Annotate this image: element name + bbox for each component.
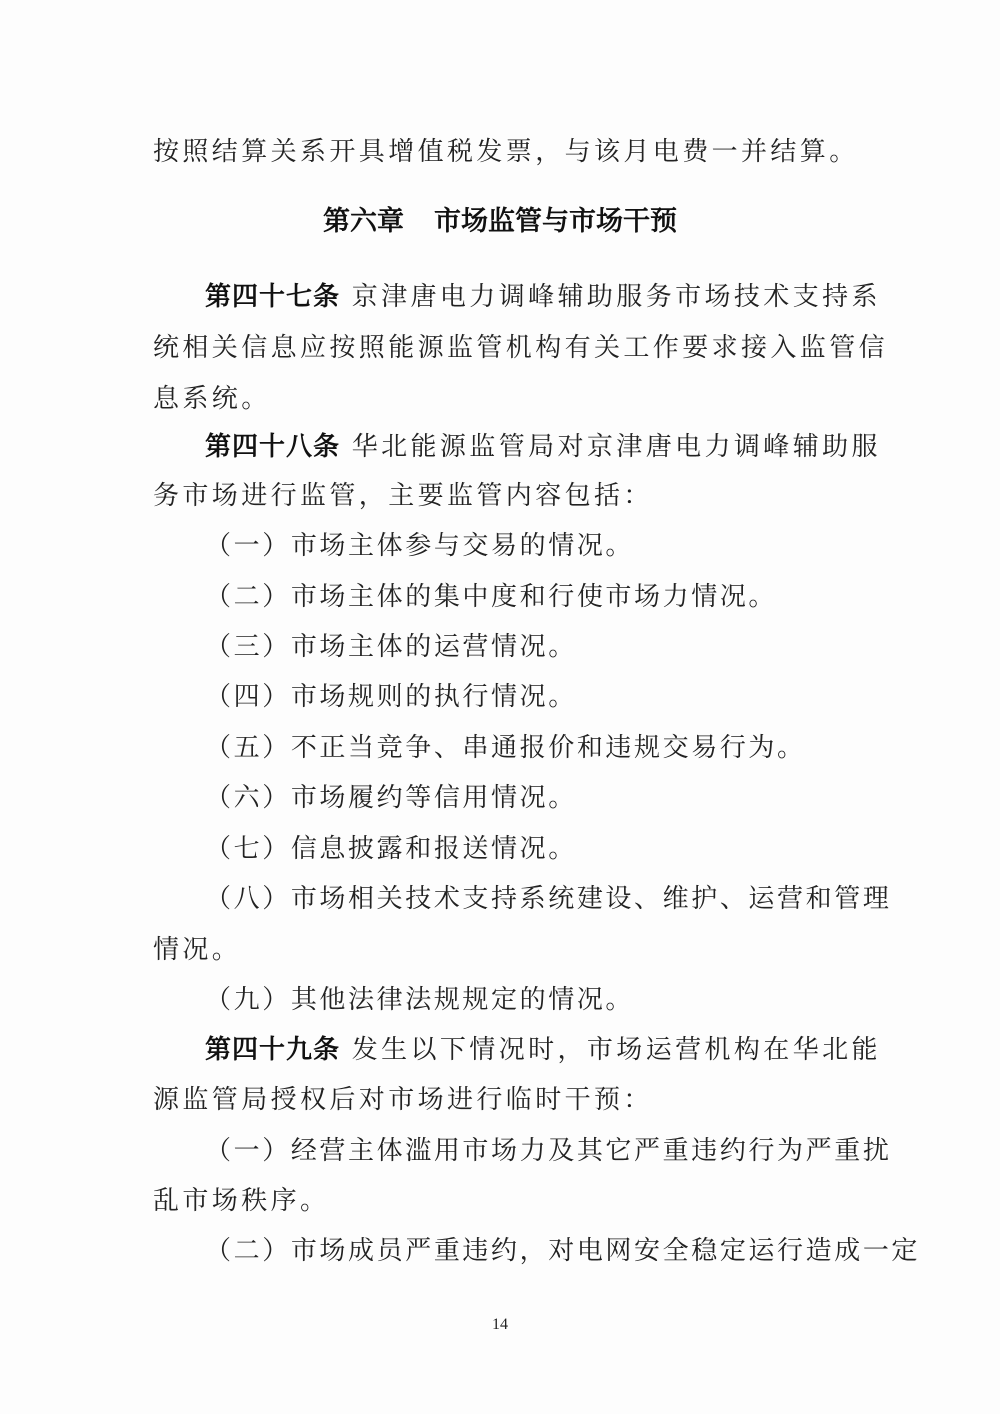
item-text: 市场履约等信用情况。 [291,783,577,813]
item-text: 信息披露和报送情况。 [291,834,577,864]
item-label: （四） [205,682,291,712]
item-text: 市场相关技术支持系统建设、维护、运营和管理 [291,884,892,914]
article-48-text-1: 华北能源监管局对京津唐电力调峰辅助服 [352,432,881,462]
item-label: （二） [205,1236,291,1266]
item-text: 市场主体参与交易的情况。 [291,531,634,561]
article-48-heading: 第四十八条 [205,432,340,462]
chapter-title: 市场监管与市场干预 [434,206,677,237]
article-49-line-2: 源监管局授权后对市场进行临时干预： [153,1085,853,1115]
article-47-text-1: 京津唐电力调峰辅助服务市场技术支持系 [352,282,881,312]
item-text: 不正当竞争、串通报价和违规交易行为。 [291,733,806,763]
article-49-item-2: （二）市场成员严重违约，对电网安全稳定运行造成一定 [205,1236,905,1266]
continuation-text: 按照结算关系开具增值税发票，与该月电费一并结算。 [153,137,853,167]
article-48-item-3: （三）市场主体的运营情况。 [205,632,905,662]
article-48-item-9: （九）其他法律法规规定的情况。 [205,985,905,1015]
item-label: （六） [205,783,291,813]
article-49-item-1-cont: 乱市场秩序。 [153,1186,853,1216]
article-47-line-2: 统相关信息应按照能源监管机构有关工作要求接入监管信 [153,333,853,363]
article-49-text-1: 发生以下情况时，市场运营机构在华北能 [352,1035,881,1065]
article-48-item-8: （八）市场相关技术支持系统建设、维护、运营和管理 [205,884,905,914]
article-48-item-2: （二）市场主体的集中度和行使市场力情况。 [205,582,905,612]
article-49-item-1: （一）经营主体滥用市场力及其它严重违约行为严重扰 [205,1136,905,1166]
article-48-item-1: （一）市场主体参与交易的情况。 [205,531,905,561]
page-number: 14 [0,1316,1000,1334]
article-48-line-1: 第四十八条 华北能源监管局对京津唐电力调峰辅助服 [205,432,905,462]
article-48-item-6: （六）市场履约等信用情况。 [205,783,905,813]
article-47-heading: 第四十七条 [205,282,340,312]
article-49-line-1: 第四十九条 发生以下情况时，市场运营机构在华北能 [205,1035,905,1065]
item-text: 市场规则的执行情况。 [291,682,577,712]
article-48-item-4: （四）市场规则的执行情况。 [205,682,905,712]
article-48-item-8-cont: 情况。 [153,935,853,965]
item-label: （五） [205,733,291,763]
item-text: 市场成员严重违约，对电网安全稳定运行造成一定 [291,1236,920,1266]
article-48-item-7: （七）信息披露和报送情况。 [205,834,905,864]
item-label: （九） [205,985,291,1015]
article-49-heading: 第四十九条 [205,1035,340,1065]
item-text: 市场主体的集中度和行使市场力情况。 [291,582,777,612]
item-label: （三） [205,632,291,662]
document-page: 按照结算关系开具增值税发票，与该月电费一并结算。 第六章市场监管与市场干预 第四… [0,0,1000,1414]
item-text: 其他法律法规规定的情况。 [291,985,634,1015]
item-text: 市场主体的运营情况。 [291,632,577,662]
item-label: （八） [205,884,291,914]
item-label: （二） [205,582,291,612]
article-47-line-3: 息系统。 [153,384,853,414]
chapter-heading: 第六章市场监管与市场干预 [0,206,1000,238]
article-47-line-1: 第四十七条 京津唐电力调峰辅助服务市场技术支持系 [205,282,905,312]
item-label: （一） [205,531,291,561]
article-48-line-2: 务市场进行监管，主要监管内容包括： [153,481,853,511]
article-48-item-5: （五）不正当竞争、串通报价和违规交易行为。 [205,733,905,763]
item-text: 经营主体滥用市场力及其它严重违约行为严重扰 [291,1136,892,1166]
item-label: （一） [205,1136,291,1166]
item-label: （七） [205,834,291,864]
chapter-number: 第六章 [323,206,404,237]
